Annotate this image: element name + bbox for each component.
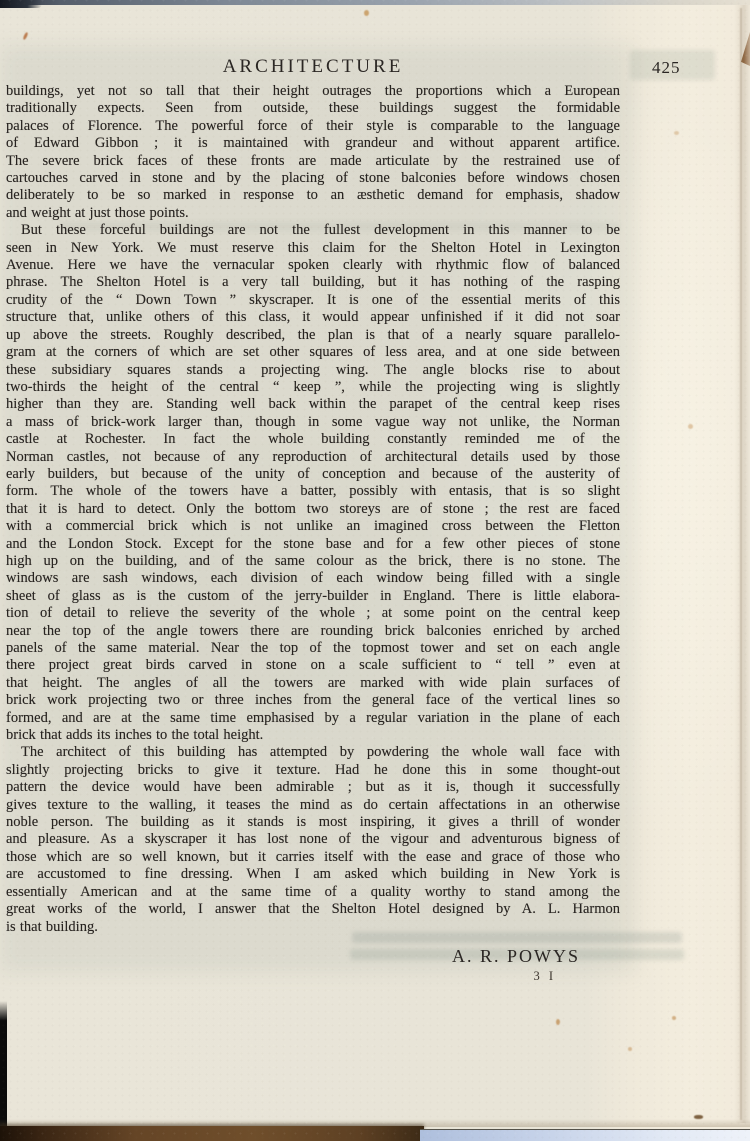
text-line: Norman castles, not because of any repro… [6,449,620,466]
text-line: pattern the device would have been admir… [6,779,620,796]
page-edge-right [734,5,750,1123]
foxing-spot [672,1016,676,1020]
text-line: a mass of brick-work larger than, though… [6,414,620,431]
text-line: that it is hard to detect. Only the bott… [6,501,620,518]
text-line: two-thirds the height of the central “ k… [6,379,620,396]
text-line: The architect of this building has attem… [6,744,620,761]
text-line: and the London Stock. Except for the sto… [6,536,620,553]
text-line: early builders, but because of the unity… [6,466,620,483]
text-line: castle at Rochester. In fact the whole b… [6,431,620,448]
page-edge-right-line [740,8,742,1120]
foxing-spot [688,424,693,429]
book-board-bottom [0,1126,424,1141]
printers-mark: 3 I [0,969,556,984]
text-line: and pleasure. As a skyscraper it has los… [6,831,620,848]
text-line: deliberately to be so marked in response… [6,187,620,204]
text-line: those which are so well known, but it ca… [6,849,620,866]
scan-edge-top-left-corner [0,0,42,8]
text-line: is that building. [6,919,620,936]
running-head-title: ARCHITECTURE [6,56,620,78]
text-line: high up on the building, and of the same… [6,553,620,570]
text-line: palaces of Florence. The powerful force … [6,118,620,135]
foxing-spot [22,32,28,41]
text-line: traditionally expects. Seen from outside… [6,100,620,117]
text-line: with a commercial brick which is not unl… [6,518,620,535]
text-line: But these forceful buildings are not the… [6,222,620,239]
body-text: buildings, yet not so tall that their he… [6,83,620,936]
text-line: brick work projecting two or three inche… [6,692,620,709]
page-number: 425 [652,58,681,78]
text-line: crudity of the “ Down Town ” skyscraper.… [6,292,620,309]
text-line: there project great birds carved in ston… [6,657,620,674]
text-line: structure that, unlike others of this cl… [6,309,620,326]
foxing-spot [674,131,679,135]
text-line: of Edward Gibbon ; it is maintained with… [6,135,620,152]
text-line: near the top of the angle towers there a… [6,623,620,640]
text-line: up above the streets. Roughly described,… [6,327,620,344]
paragraph: But these forceful buildings are not the… [6,222,620,744]
text-line: great works of the world, I answer that … [6,901,620,918]
text-line: slightly projecting bricks to give it te… [6,762,620,779]
text-line: sheet of glass as is the custom of the j… [6,588,620,605]
text-line: windows are sash windows, each division … [6,570,620,587]
text-line: buildings, yet not so tall that their he… [6,83,620,100]
text-line: higher than they are. Standing well back… [6,396,620,413]
text-line: phrase. The Shelton Hotel is a very tall… [6,274,620,291]
text-line: seen in New York. We must reserve this c… [6,240,620,257]
text-line: tion of detail to relieve the severity o… [6,605,620,622]
text-line: that height. The angles of all the tower… [6,675,620,692]
text-line: gives texture to the walling, it teases … [6,797,620,814]
paragraph: The architect of this building has attem… [6,744,620,935]
text-line: essentially American and at the same tim… [6,884,620,901]
text-line: form. The whole of the towers have a bat… [6,483,620,500]
author-signature: A. R. POWYS [0,946,580,967]
text-line: these subsidiary squares stands a projec… [6,362,620,379]
text-line: cartouches carved in stone and by the pl… [6,170,620,187]
text-line: formed, and are at the same time emphasi… [6,710,620,727]
text-line: Avenue. Here we have the vernacular spok… [6,257,620,274]
text-line: brick that adds its inches to the total … [6,727,620,744]
text-line: The severe brick faces of these fronts a… [6,153,620,170]
foxing-spot [556,1019,560,1025]
scan-edge-top [0,0,750,5]
text-line: and weight at just those points. [6,205,620,222]
scanner-backing-bottom [420,1129,750,1141]
text-line: are accustomed to fine dressing. When I … [6,866,620,883]
foxing-spot [628,1047,632,1051]
text-line: noble person. The building as it stands … [6,814,620,831]
foxing-spot [364,10,369,16]
paragraph: buildings, yet not so tall that their he… [6,83,620,222]
text-line: panels of the same material. Near the to… [6,640,620,657]
scanned-page: ARCHITECTURE 425 buildings, yet not so t… [0,0,750,1141]
text-line: gram at the corners of which are set oth… [6,344,620,361]
